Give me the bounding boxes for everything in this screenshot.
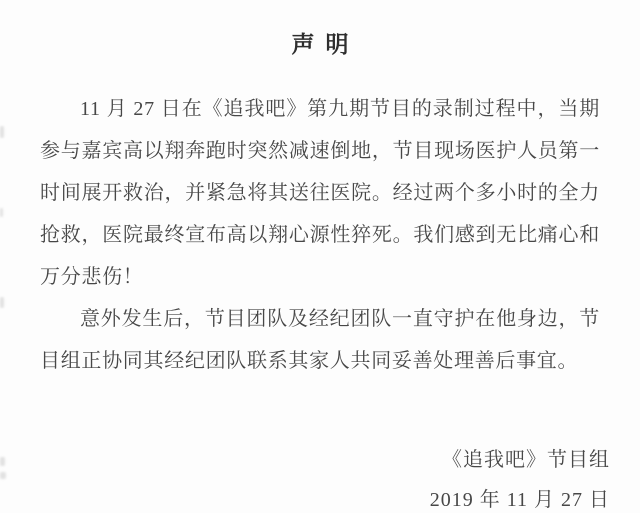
scan-artifact xyxy=(0,126,4,138)
statement-paragraph-1: 11 月 27 日在《追我吧》第九期节目的录制过程中，当期参与嘉宾高以翔奔跑时突… xyxy=(40,88,600,298)
date: 2019 年 11 月 27 日 xyxy=(0,480,610,513)
signature-block: 《追我吧》节目组 2019 年 11 月 27 日 xyxy=(0,440,640,513)
scan-artifact xyxy=(0,472,6,479)
statement-body: 11 月 27 日在《追我吧》第九期节目的录制过程中，当期参与嘉宾高以翔奔跑时突… xyxy=(40,88,600,382)
scan-artifact xyxy=(0,457,5,466)
page-title: 声明 xyxy=(0,0,640,59)
scan-artifact xyxy=(0,208,3,217)
signature: 《追我吧》节目组 xyxy=(0,440,610,480)
scan-artifact xyxy=(0,297,4,308)
statement-document: 声明 11 月 27 日在《追我吧》第九期节目的录制过程中，当期参与嘉宾高以翔奔… xyxy=(0,0,640,513)
statement-paragraph-2: 意外发生后，节目团队及经纪团队一直守护在他身边，节目组正协同其经纪团队联系其家人… xyxy=(40,298,600,382)
